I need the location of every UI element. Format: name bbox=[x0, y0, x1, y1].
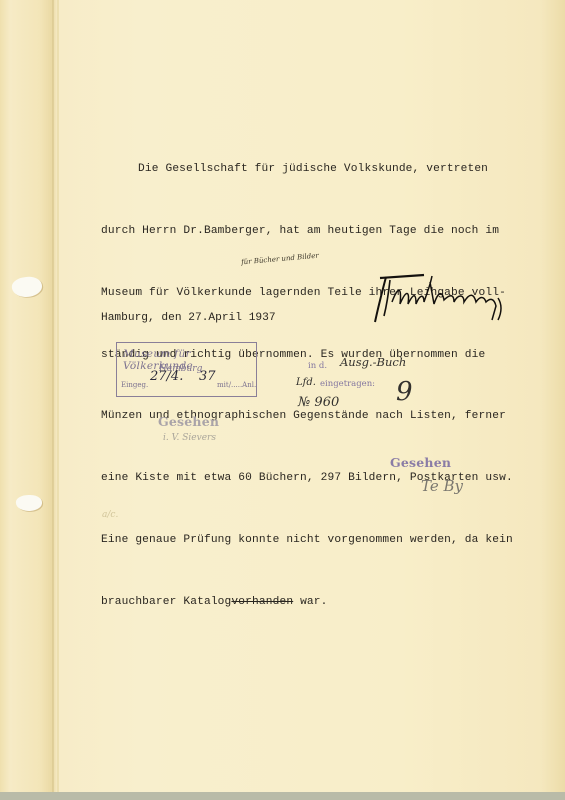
signature-icon bbox=[372, 268, 522, 324]
registry-entered-label: eingetragen: bbox=[320, 379, 375, 389]
body-line: Die Gesellschaft für jüdische Volkskunde… bbox=[101, 159, 513, 180]
body-line-last: brauchbarer Katalogvorhanden war. bbox=[101, 592, 513, 613]
registry-number: № 960 bbox=[298, 395, 339, 410]
stamp-received-label: Eingeg. bbox=[121, 381, 148, 389]
stamp-received-date: 27/4. bbox=[150, 369, 183, 384]
museum-received-stamp: Museum für Völkerkunde Hamburg Eingeg. 2… bbox=[116, 342, 257, 397]
document-page: Die Gesellschaft für jüdische Volkskunde… bbox=[0, 0, 565, 792]
last-line-prefix: brauchbarer Katalog bbox=[101, 596, 231, 608]
registry-mark: 9 bbox=[396, 377, 413, 407]
registry-lfd: Lfd. bbox=[296, 377, 316, 388]
stamp-year: 37 bbox=[199, 369, 216, 384]
registry-book: Ausg.-Buch bbox=[340, 355, 406, 369]
fold-line bbox=[52, 0, 54, 792]
stamp-attachments-label: mit/.....Anl. bbox=[217, 381, 256, 389]
struck-word: vorhanden bbox=[231, 596, 293, 608]
fold-line bbox=[57, 0, 59, 792]
punch-hole bbox=[10, 275, 43, 300]
scan-background-strip bbox=[0, 792, 565, 800]
place-date: Hamburg, den 27.April 1937 bbox=[101, 312, 276, 324]
body-line: Eine genaue Prüfung konnte nicht vorgeno… bbox=[101, 530, 513, 551]
registry-in-label: in d. bbox=[308, 361, 327, 371]
punch-hole bbox=[15, 494, 42, 512]
seen-stamp: Gesehen bbox=[158, 414, 219, 429]
last-line-suffix: war. bbox=[293, 596, 327, 608]
body-line: durch Herrn Dr.Bamberger, hat am heutige… bbox=[101, 221, 513, 242]
seen-initials: i. V. Sievers bbox=[163, 433, 216, 443]
seen-stamp: Gesehen bbox=[390, 455, 451, 470]
seen-initials: Te By bbox=[421, 477, 463, 495]
faint-pencil-mark: a/c. bbox=[102, 510, 118, 520]
